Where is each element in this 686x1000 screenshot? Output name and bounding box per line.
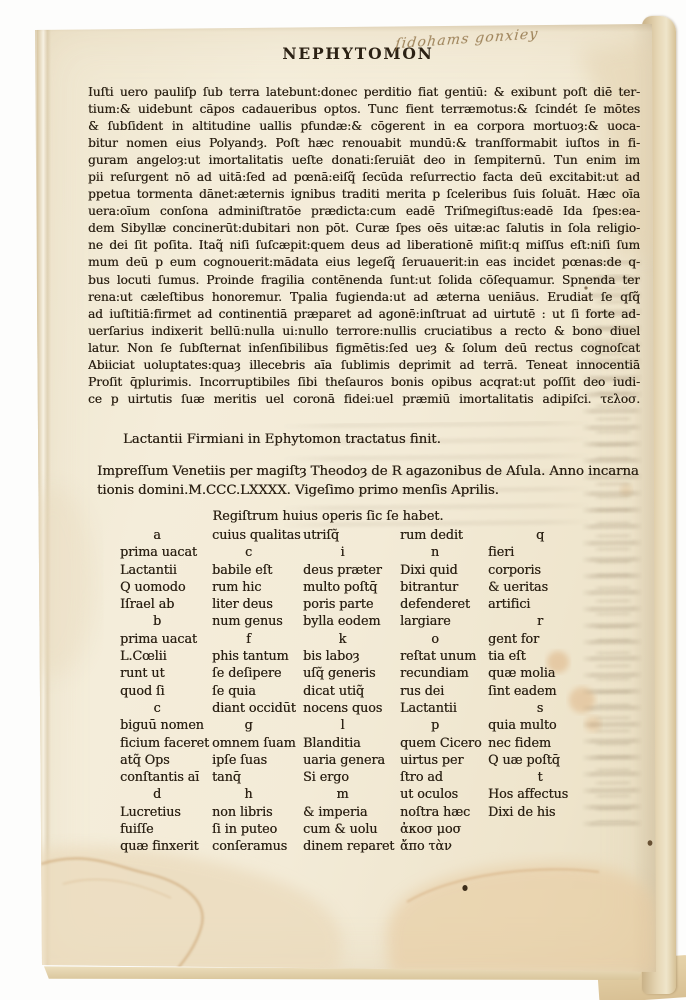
body-text-line: bitur nomen eius Polyandȝ. Poſt hæc reno…: [88, 135, 640, 152]
register-cell: b: [120, 613, 212, 630]
register-cell: cum & uolu: [303, 821, 400, 838]
register-cell: Si ergo: [303, 769, 400, 786]
body-text-line: tium:& uidebunt cāpos cadaueribus optos.…: [88, 101, 640, 118]
register-cell: c: [120, 700, 212, 717]
register-cell: bylla eodem: [303, 613, 400, 630]
body-text: Iuſti uero pauliſp ſub terra latebunt:do…: [88, 84, 640, 408]
body-text-line: & ſubſident in altitudine uallis pfundæ:…: [88, 118, 640, 135]
register-cell: s: [488, 700, 610, 717]
register-cell: n: [400, 544, 488, 561]
register-cell: cuius qualitas: [212, 527, 303, 544]
register-cell: a: [120, 527, 212, 544]
colophon-line: Impreſſum Venetiis per magiſtȝ Theodoȝ d…: [97, 462, 649, 481]
register-cell: ἄπο τὰν: [400, 838, 488, 855]
register-cell: [488, 838, 610, 855]
register-cell: ſi in puteo: [212, 821, 303, 838]
register-cell: L.Cœlii: [120, 648, 212, 665]
register-cell: q: [488, 527, 610, 544]
register-cell: Iſrael ab: [120, 596, 212, 613]
register-cell: fieri: [488, 544, 610, 561]
register-cell: uaria genera: [303, 752, 400, 769]
book-photo: NEPHYTOMON ſidohams gonxiey Iuſti uero p…: [0, 0, 686, 1000]
register-cell: Lucretius: [120, 804, 212, 821]
register-cell: quæ finxerit: [120, 838, 212, 855]
register-cell: Q uomodo: [120, 579, 212, 596]
register-cell: deus præter: [303, 562, 400, 579]
register-cell: ἀκοσ μοσ: [400, 821, 488, 838]
register-cell: uirtus per: [400, 752, 488, 769]
register-cell: poris parte: [303, 596, 400, 613]
register-cell: runt ut: [120, 665, 212, 682]
register-cell: Lactantii: [400, 700, 488, 717]
register-cell: quod ſi: [120, 683, 212, 700]
body-text-line: Abiiciat uoluptates:quaȝ illecebris aīa …: [88, 357, 640, 374]
register-cell: d: [120, 786, 212, 803]
body-text-line: pii reſurgent nō ad uitā:ſed ad pœnā:eiſ…: [88, 169, 640, 186]
register-cell: p: [400, 717, 488, 734]
register-cell: dinem reparet: [303, 838, 400, 855]
register-cell: nocens quos: [303, 700, 400, 717]
register-cell: noſtra hæc: [400, 804, 488, 821]
register-cell: reſtat unum: [400, 648, 488, 665]
body-text-line: ce p uirtutis ſuæ meritis uel coronā fid…: [88, 391, 640, 408]
register-cell: omnem ſuam: [212, 735, 303, 752]
register-cell: biguū nomen: [120, 717, 212, 734]
body-text-line: Proſit q̄plurimis. Incorruptibiles ſibi …: [88, 374, 640, 391]
body-text-line: uera:oīum conſona adminiſtratōe prædicta…: [88, 203, 640, 220]
register-cell: quia multo: [488, 717, 610, 734]
register-cell: t: [488, 769, 610, 786]
register-cell: largiare: [400, 613, 488, 630]
register-cell: prima uacat: [120, 631, 212, 648]
explicit-line: Lactantii Firmiani in Ephytomon tractatu…: [123, 432, 441, 447]
register-cell: multo poſtq̄: [303, 579, 400, 596]
register-cell: tanq̄: [212, 769, 303, 786]
register-cell: conſeramus: [212, 838, 303, 855]
register-cell: rum dedit: [400, 527, 488, 544]
register-cell: k: [303, 631, 400, 648]
register-cell: Blanditia: [303, 735, 400, 752]
body-text-line: uerſarius indixerit bellū:nulla ui:nullo…: [88, 323, 640, 340]
register-cell: [488, 821, 610, 838]
register-cell: nec fidem: [488, 735, 610, 752]
body-text-line: dem Sibyllæ concinerūt:dubitari non pōt.…: [88, 220, 640, 237]
register-cell: artifici: [488, 596, 610, 613]
register-cell: h: [212, 786, 303, 803]
register-cell: atq̃ Ops: [120, 752, 212, 769]
register-cell: recundiam: [400, 665, 488, 682]
register-cell: num genus: [212, 613, 303, 630]
colophon-line: tionis domini.M.CCC.LXXXX. Vigeſimo prim…: [97, 481, 649, 500]
body-text-line: bus locuti ſumus. Proinde fragilia contē…: [88, 272, 640, 289]
register-cell: utriſq̃: [303, 527, 400, 544]
register-cell: ſe deſipere: [212, 665, 303, 682]
body-text-line: guram angeloȝ:ut imortalitatis ueſte don…: [88, 152, 640, 169]
register-cell: conſtantis aī: [120, 769, 212, 786]
register-cell: quem Cicero: [400, 735, 488, 752]
register-cell: i: [303, 544, 400, 561]
body-text-line: ad iuſtitiā:firmet ad continentiā præpar…: [88, 306, 640, 323]
register-cell: Lactantii: [120, 562, 212, 579]
register-cell: ſtro ad: [400, 769, 488, 786]
register-cell: rum hic: [212, 579, 303, 596]
register-cell: m: [303, 786, 400, 803]
register-cell: f: [212, 631, 303, 648]
register-cell: Q uæ poſtq̄: [488, 752, 610, 769]
register-cell: gent for: [488, 631, 610, 648]
register-cell: ipſe ſuas: [212, 752, 303, 769]
register-cell: c: [212, 544, 303, 561]
book-page: NEPHYTOMON ſidohams gonxiey Iuſti uero p…: [33, 22, 657, 974]
register-cell: defenderet: [400, 596, 488, 613]
body-text-line: mum deū p eum cognouerit:mādata eius leg…: [88, 254, 640, 271]
register-cell: non libris: [212, 804, 303, 821]
register-cell: ſint eadem: [488, 683, 610, 700]
register-cell: ut oculos: [400, 786, 488, 803]
register-cell: g: [212, 717, 303, 734]
register-cell: phis tantum: [212, 648, 303, 665]
register-cell: tia eſt: [488, 648, 610, 665]
register-cell: & ueritas: [488, 579, 610, 596]
register-cell: & imperia: [303, 804, 400, 821]
register-cell: Dixi de his: [488, 804, 610, 821]
body-text-line: ne dei ſit poſita. Itaq̃ niſi ſuſcæpit:q…: [88, 237, 640, 254]
register-cell: bis laboȝ: [303, 648, 400, 665]
register-cell: diant occidūt: [212, 700, 303, 717]
body-text-line: latur. Non ſe ſubſternat inſenſibilibus …: [88, 340, 640, 357]
body-text-line: rena:ut cæleſtibus honoremur. Tpalia fug…: [88, 289, 640, 306]
register-cell: l: [303, 717, 400, 734]
register-cell: babile eſt: [212, 562, 303, 579]
register-grid: acuius qualitasutriſq̃rum deditqprima ua…: [120, 527, 610, 856]
register-cell: fuiſſe: [120, 821, 212, 838]
register-cell: liter deus: [212, 596, 303, 613]
register-cell: quæ molia: [488, 665, 610, 682]
register-cell: Hos affectus: [488, 786, 610, 803]
body-text-line: ppetua tormenta dānet:æternis ignibus tr…: [88, 186, 640, 203]
register-cell: Dixi quid: [400, 562, 488, 579]
colophon: Impreſſum Venetiis per magiſtȝ Theodoȝ d…: [97, 462, 649, 500]
body-text-line: Iuſti uero pauliſp ſub terra latebunt:do…: [88, 84, 640, 101]
register-cell: r: [488, 613, 610, 630]
register-cell: bitrantur: [400, 579, 488, 596]
register-cell: rus dei: [400, 683, 488, 700]
register-cell: corporis: [488, 562, 610, 579]
register-heading: Regiſtrum huius operis ſic ſe habet.: [153, 509, 503, 524]
register-cell: dicat utiq̃: [303, 683, 400, 700]
register-cell: ſe quia: [212, 683, 303, 700]
register-cell: ficium faceret: [120, 735, 212, 752]
register-cell: o: [400, 631, 488, 648]
register-cell: prima uacat: [120, 544, 212, 561]
register-cell: uſq̃ generis: [303, 665, 400, 682]
